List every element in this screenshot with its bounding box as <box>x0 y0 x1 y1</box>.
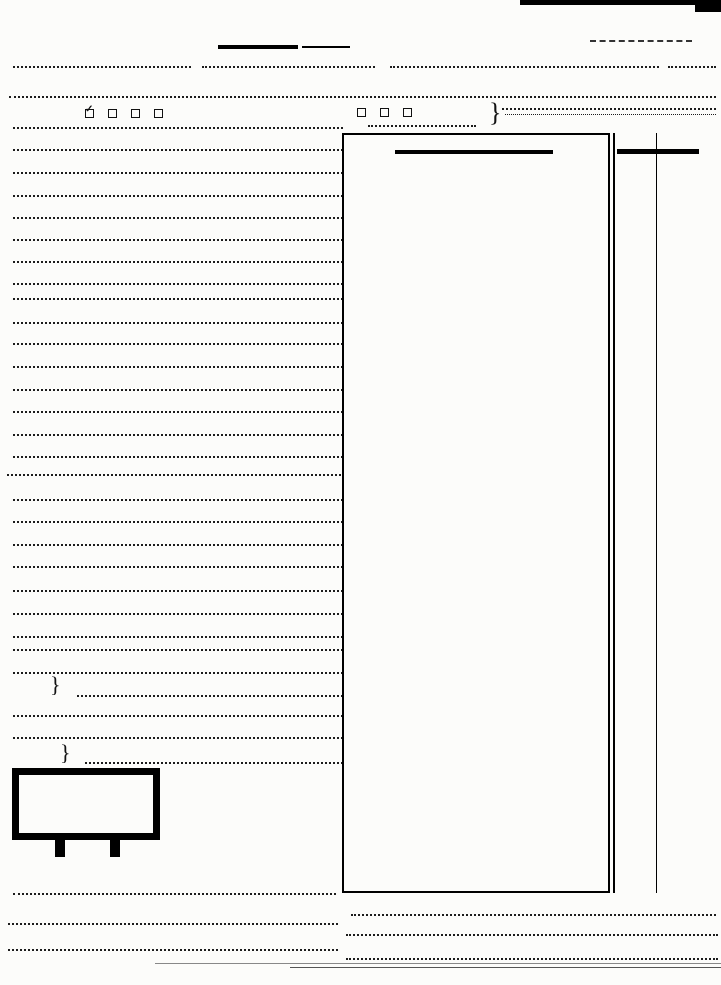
brace-glyph: } <box>489 100 501 126</box>
dotted-rule <box>8 949 338 951</box>
form-field-row <box>8 425 345 438</box>
dotted-rule <box>13 544 343 546</box>
checkbox-option <box>380 107 392 116</box>
dotted-rule <box>505 114 716 115</box>
brace-icon: } <box>50 674 61 696</box>
scan-artifact-bar <box>520 0 705 5</box>
dotted-rule <box>13 893 336 895</box>
checkbox-option <box>403 107 415 116</box>
form-field-row <box>8 163 345 176</box>
form-field-row <box>8 627 345 640</box>
spouse-options <box>357 103 426 121</box>
dotted-rule <box>13 127 343 129</box>
form-field-row <box>8 535 345 548</box>
checkbox-icon <box>403 108 412 117</box>
checkbox-option <box>154 108 166 117</box>
form-field-row <box>8 252 345 265</box>
dotted-rule <box>85 762 343 764</box>
funeral-record-scan: ✓ } }} <box>0 0 721 985</box>
lot-diagram <box>12 768 160 840</box>
check-mark-icon: ✓ <box>85 104 93 115</box>
form-field-row <box>8 274 345 287</box>
form-field-row <box>8 313 345 326</box>
checkbox-option <box>108 108 120 117</box>
name-of-deceased-field <box>4 87 718 100</box>
dotted-rule <box>13 434 343 436</box>
scan-artifact-line <box>155 963 721 964</box>
dotted-rule <box>502 108 716 110</box>
title-underline <box>218 45 298 49</box>
form-field-row <box>8 140 345 153</box>
form-field-row <box>8 728 345 741</box>
checkbox-icon: ✓ <box>85 109 94 118</box>
form-field-row <box>8 706 345 719</box>
dotted-rule <box>13 366 343 368</box>
brace-icon: } <box>60 742 71 764</box>
dotted-rule <box>77 695 343 697</box>
dotted-rule <box>13 322 343 324</box>
form-field-row <box>8 334 345 347</box>
date-of-entry-field <box>385 57 718 70</box>
form-field-row <box>8 604 345 617</box>
dotted-rule <box>13 737 343 739</box>
form-field-row <box>8 230 345 243</box>
form-field-row <box>8 402 345 415</box>
dotted-rule <box>13 217 343 219</box>
form-field-row <box>8 557 345 570</box>
dotted-rule <box>668 66 716 68</box>
dotted-rule <box>13 566 343 568</box>
form-field-row <box>8 357 345 370</box>
form-field-row <box>8 447 345 460</box>
dotted-rule <box>368 125 476 127</box>
checkbox-icon <box>154 109 163 118</box>
misc-left-field <box>8 884 338 897</box>
form-field-row <box>8 118 345 131</box>
yearly-no-field <box>197 57 377 70</box>
form-field-row <box>80 753 345 766</box>
form-field-row <box>8 512 345 525</box>
dotted-rule <box>13 149 343 151</box>
dotted-rule <box>13 672 343 674</box>
checkbox-icon <box>380 108 389 117</box>
form-field-row <box>8 186 345 199</box>
form-field-row <box>8 581 345 594</box>
dotted-rule <box>13 343 343 345</box>
ledger-cents-rule <box>656 133 657 893</box>
dotted-rule <box>13 283 343 285</box>
dotted-rule <box>13 239 343 241</box>
scan-artifact-line <box>290 967 721 968</box>
dotted-rule <box>390 66 659 68</box>
record-no-line <box>590 40 692 42</box>
dotted-rule <box>8 923 338 925</box>
dotted-rule <box>13 636 343 638</box>
dotted-rule <box>13 590 343 592</box>
checkbox-option: ✓ <box>85 108 97 117</box>
dotted-rule <box>13 456 343 458</box>
lot-diagram-leg <box>110 838 120 857</box>
form-field-row <box>8 380 345 393</box>
form-field-row <box>8 208 345 221</box>
checkbox-option <box>131 108 143 117</box>
dotted-rule <box>13 66 191 68</box>
scan-artifact-bar <box>695 0 721 12</box>
dotted-rule <box>13 411 343 413</box>
dotted-rule <box>13 298 343 300</box>
checkbox-icon <box>108 109 117 118</box>
dotted-rule <box>346 958 718 960</box>
ledger-double-rule <box>613 133 615 893</box>
dotted-rule <box>13 172 343 174</box>
dotted-rule <box>13 499 343 501</box>
complete-funeral-underline <box>395 150 553 154</box>
dotted-rule <box>13 261 343 263</box>
dotted-rule <box>13 715 343 717</box>
form-field-row <box>8 640 345 653</box>
form-field-row <box>8 490 345 503</box>
dotted-rule <box>351 914 716 916</box>
lot-diagram-leg <box>55 838 65 857</box>
spouse-age-field <box>500 114 718 117</box>
dotted-rule <box>202 66 375 68</box>
dotted-rule <box>9 96 716 98</box>
checkbox-icon <box>357 108 366 117</box>
checkbox-icon <box>131 109 140 118</box>
dotted-rule <box>7 474 341 476</box>
misc-right-field <box>346 905 718 918</box>
dotted-rule <box>13 389 343 391</box>
charges-box <box>342 133 610 893</box>
ledger-heavy-bar <box>617 149 699 154</box>
dotted-rule <box>13 195 343 197</box>
checkbox-option <box>357 107 369 116</box>
dotted-rule <box>13 521 343 523</box>
form-field-row <box>72 686 345 699</box>
dotted-rule <box>346 934 718 936</box>
dotted-rule <box>13 613 343 615</box>
title-underline <box>302 46 350 48</box>
form-field-row <box>8 289 345 302</box>
dotted-rule <box>13 649 343 651</box>
form-field-row <box>2 465 345 478</box>
total-no-field <box>8 57 193 70</box>
